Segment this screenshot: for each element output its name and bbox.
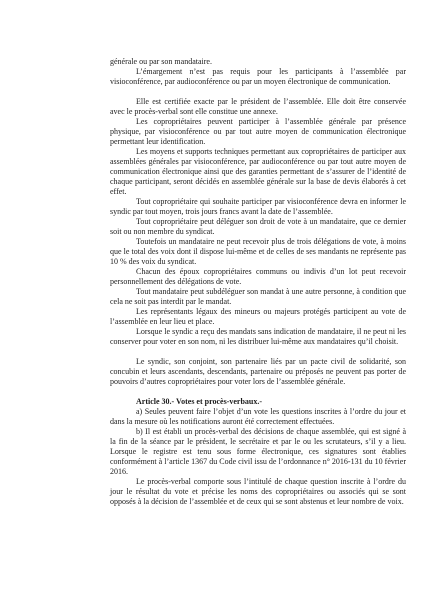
paragraph: Tout copropriétaire qui souhaite partici… (110, 197, 406, 217)
paragraph: Toutefois un mandataire ne peut recevoir… (110, 237, 406, 267)
paragraph: b) Il est établi un procès-verbal des dé… (110, 427, 406, 477)
paragraph: Lorsque le syndic a reçu des mandats san… (110, 327, 406, 347)
paragraph: L’émargement n’est pas requis pour les p… (110, 67, 406, 87)
paragraph: a) Seules peuvent faire l’objet d’un vot… (110, 407, 406, 427)
document-page: générale ou par son mandataire.L’émargem… (0, 0, 423, 598)
paragraph: Les moyens et supports techniques permet… (110, 147, 406, 197)
article-heading: Article 30.- Votes et procès-verbaux.- (110, 397, 406, 407)
paragraph: Les représentants légaux des mineurs ou … (110, 307, 406, 327)
paragraph: générale ou par son mandataire. (110, 57, 406, 67)
paragraph: Tout mandataire peut subdéléguer son man… (110, 287, 406, 307)
paragraph: Elle est certifiée exacte par le préside… (110, 97, 406, 117)
paragraph: Tout copropriétaire peut déléguer son dr… (110, 217, 406, 237)
text-column: générale ou par son mandataire.L’émargem… (110, 57, 406, 507)
paragraph: Le procès-verbal comporte sous l’intitul… (110, 477, 406, 507)
paragraph: Chacun des époux copropriétaires communs… (110, 267, 406, 287)
paragraph: Les copropriétaires peuvent participer à… (110, 117, 406, 147)
paragraph: Le syndic, son conjoint, son partenaire … (110, 357, 406, 387)
